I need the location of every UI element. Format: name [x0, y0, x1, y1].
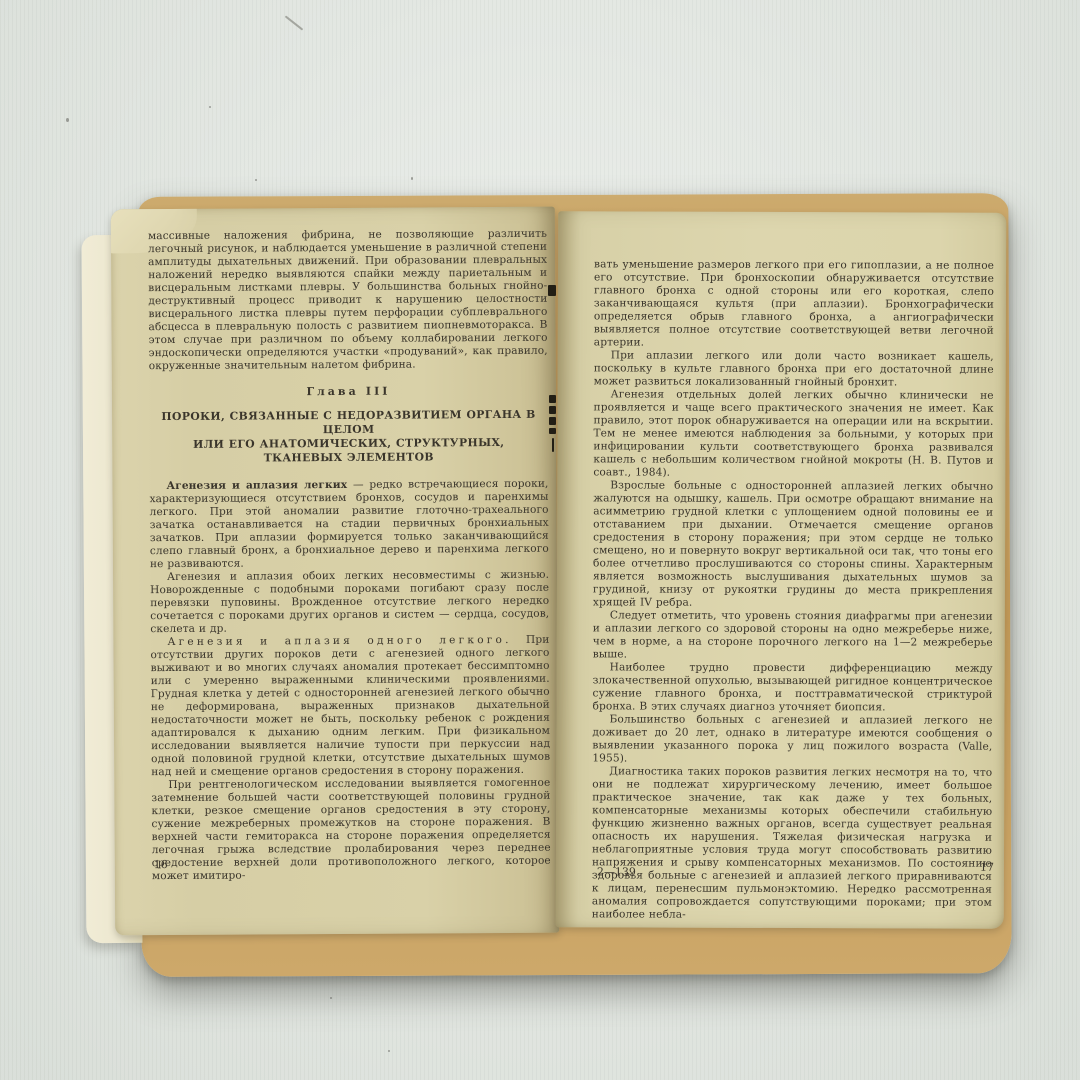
- spine-collation-mark: [549, 406, 556, 414]
- paragraph: Взрослые больные с односторонней аплазие…: [593, 479, 993, 610]
- paragraph: Диагностика таких пороков развития легки…: [592, 765, 993, 922]
- spine-collation-mark: [552, 438, 554, 452]
- spine-collation-mark: [549, 428, 556, 434]
- paragraph: массивные наложения фибрина, не позволяю…: [148, 228, 548, 373]
- paragraph: При аплазии легкого или доли часто возни…: [594, 349, 994, 389]
- chapter-title-line: ПОРОКИ, СВЯЗАННЫЕ С НЕДОРАЗВИТИЕМ ОРГАНА…: [149, 408, 548, 438]
- paragraph: Большинство больных с агенезией и аплази…: [592, 713, 992, 766]
- open-book: массивные наложения фибрина, не позволяю…: [84, 195, 1010, 980]
- right-page: вать уменьшение размеров легкого при его…: [556, 211, 1006, 929]
- dust-speck: [388, 1050, 390, 1052]
- right-page-number: 17: [980, 861, 994, 874]
- chapter-label: Глава III: [149, 384, 548, 399]
- left-page-number: 16: [154, 858, 168, 871]
- paragraph: Агенезия и аплазия одного легкого. При о…: [150, 634, 550, 779]
- spine-collation-mark: [549, 395, 556, 403]
- paragraph: вать уменьшение размеров легкого при его…: [594, 258, 994, 350]
- paragraph: Агенезия и аплазия обоих легких несовмес…: [150, 569, 549, 636]
- left-page-text: массивные наложения фибрина, не позволяю…: [148, 228, 551, 852]
- dust-speck: [330, 997, 332, 999]
- paragraph: Наиболее трудно провести дифференциацию …: [592, 661, 992, 714]
- book-photo: массивные наложения фибрина, не позволяю…: [0, 0, 1080, 1080]
- dust-speck: [255, 179, 257, 181]
- print-run-code: 2—139: [597, 865, 636, 878]
- paragraph-lead: Агенезия и аплазия легких: [166, 479, 353, 492]
- right-page-text: вать уменьшение размеров легкого при его…: [592, 258, 994, 863]
- paragraph-lead: Агенезия и аплазия одного легкого.: [167, 634, 526, 648]
- paragraph: При рентгенологическом исследовании выяв…: [151, 777, 551, 883]
- surface-scratch: [285, 15, 304, 30]
- dust-speck: [209, 106, 211, 108]
- paragraph: Следует отметить, что уровень стояния ди…: [593, 609, 993, 662]
- spine-collation-mark: [549, 417, 556, 425]
- paragraph: Агенезия отдельных долей легких обычно к…: [593, 388, 993, 480]
- dust-speck: [411, 177, 413, 180]
- left-page: массивные наложения фибрина, не позволяю…: [111, 207, 559, 936]
- paragraph: Агенезия и аплазия легких — редко встреч…: [149, 478, 549, 571]
- spine-collation-mark: [548, 285, 556, 296]
- chapter-title-line: ТКАНЕВЫХ ЭЛЕМЕНТОВ: [149, 450, 548, 466]
- chapter-title-line: ИЛИ ЕГО АНАТОМИЧЕСКИХ, СТРУКТУРНЫХ,: [149, 436, 548, 452]
- chapter-title: ПОРОКИ, СВЯЗАННЫЕ С НЕДОРАЗВИТИЕМ ОРГАНА…: [149, 408, 548, 466]
- dust-speck: [66, 118, 69, 122]
